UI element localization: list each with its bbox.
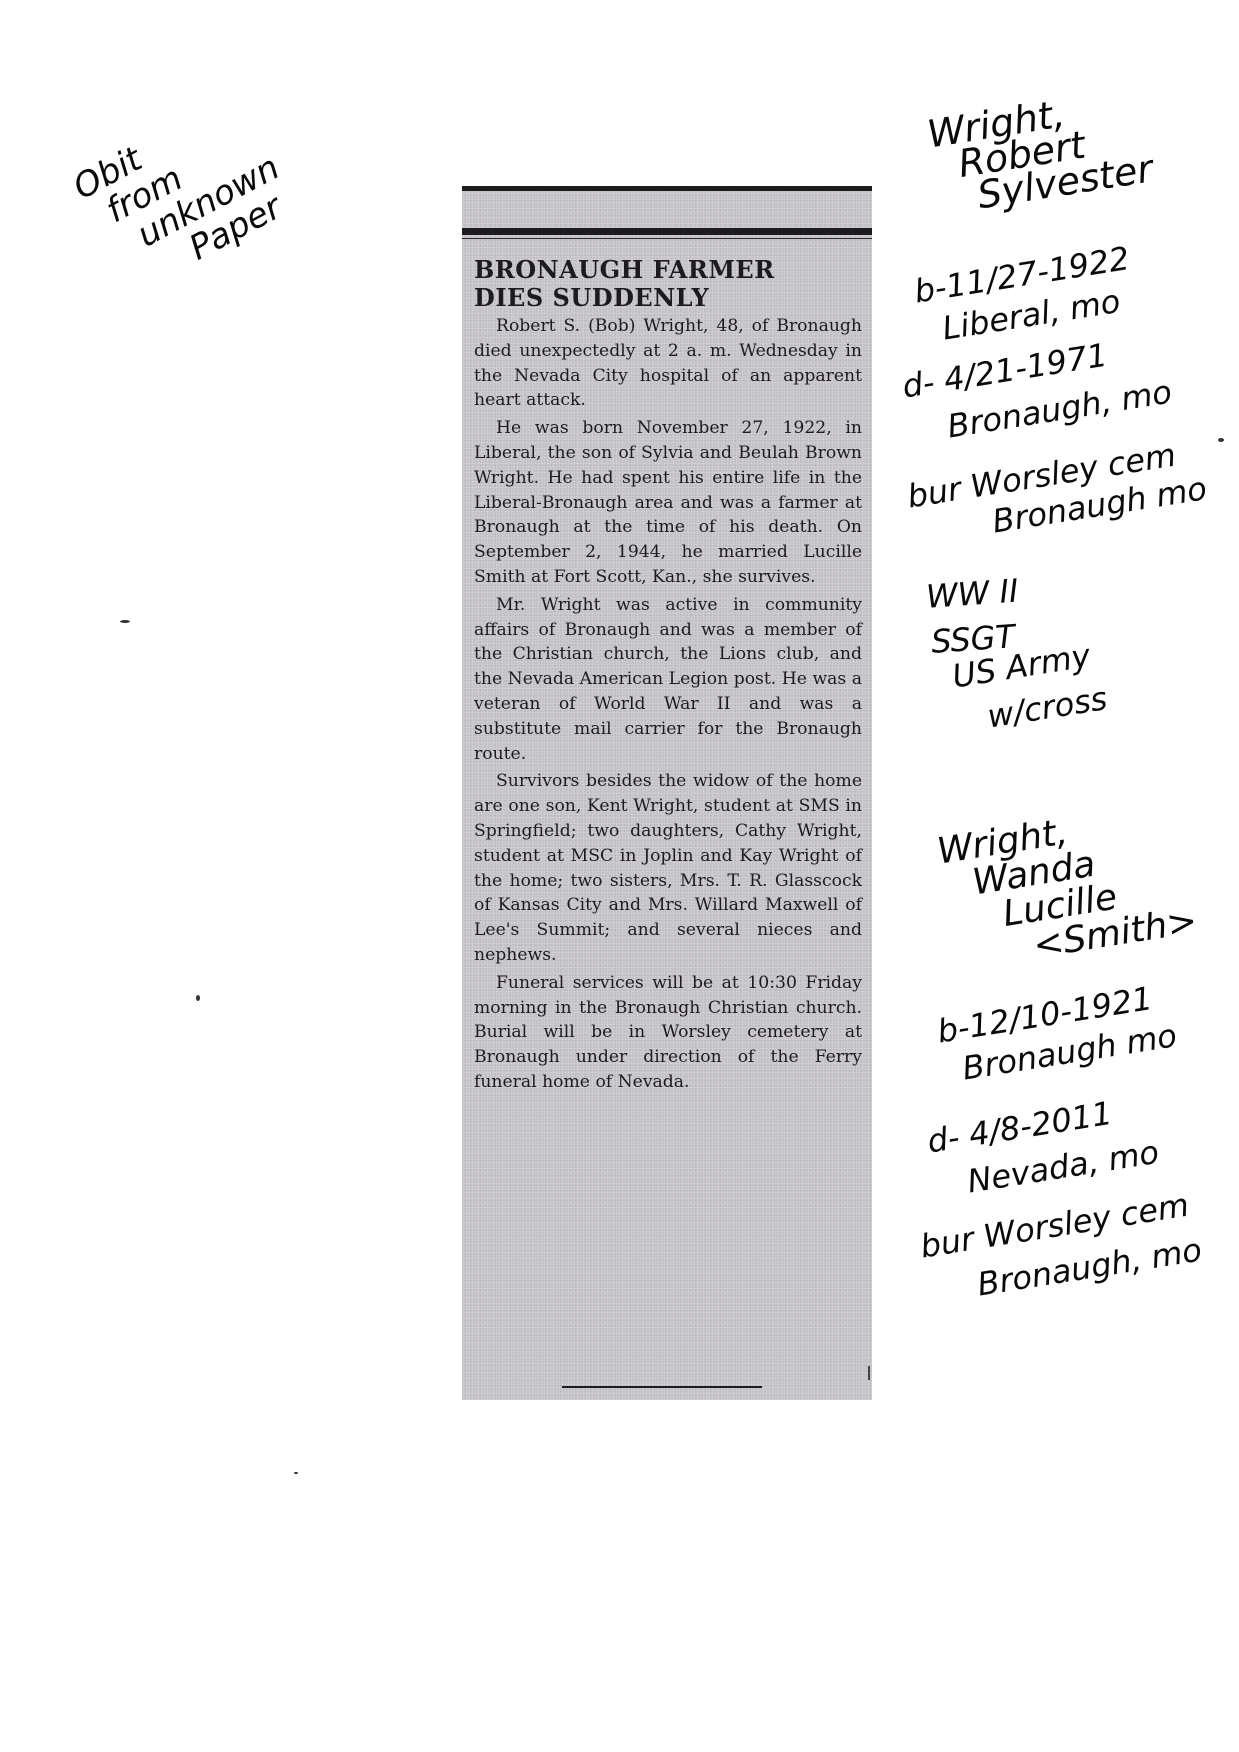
wife-name: Wright, Wanda Lucille <Smith> (935, 797, 1200, 978)
header-rule (462, 228, 872, 235)
top-border-rule (462, 186, 872, 191)
husband-marker: w/cross (985, 681, 1109, 733)
scan-speck (120, 620, 130, 623)
paragraph-biography: He was born November 27, 1922, in Libera… (474, 416, 862, 590)
newspaper-clipping: BRONAUGH FARMER DIES SUDDENLY Robert S. … (462, 186, 872, 1400)
scan-speck (294, 1472, 298, 1474)
paragraph-funeral: Funeral services will be at 10:30 Friday… (474, 971, 862, 1095)
paragraph-death-notice: Robert S. (Bob) Wright, 48, of Bronaugh … (474, 314, 862, 413)
headline-line-1: BRONAUGH FARMER (474, 256, 862, 284)
scan-speck (1218, 438, 1224, 442)
husband-service: WW II (925, 574, 1019, 614)
obituary-headline: BRONAUGH FARMER DIES SUDDENLY (474, 256, 862, 312)
scan-speck (196, 995, 200, 1001)
end-rule (562, 1386, 762, 1388)
obituary-body: Robert S. (Bob) Wright, 48, of Bronaugh … (474, 314, 862, 1098)
husband-name: Wright, Robert Sylvester (925, 84, 1155, 219)
headline-line-2: DIES SUDDENLY (474, 284, 862, 312)
paragraph-survivors: Survivors besides the widow of the home … (474, 769, 862, 967)
edge-mark (868, 1366, 870, 1380)
paragraph-community: Mr. Wright was active in community affai… (474, 593, 862, 767)
handwritten-source-note: Obit from unknown Paper (68, 86, 302, 302)
header-thin-rule (462, 238, 872, 239)
